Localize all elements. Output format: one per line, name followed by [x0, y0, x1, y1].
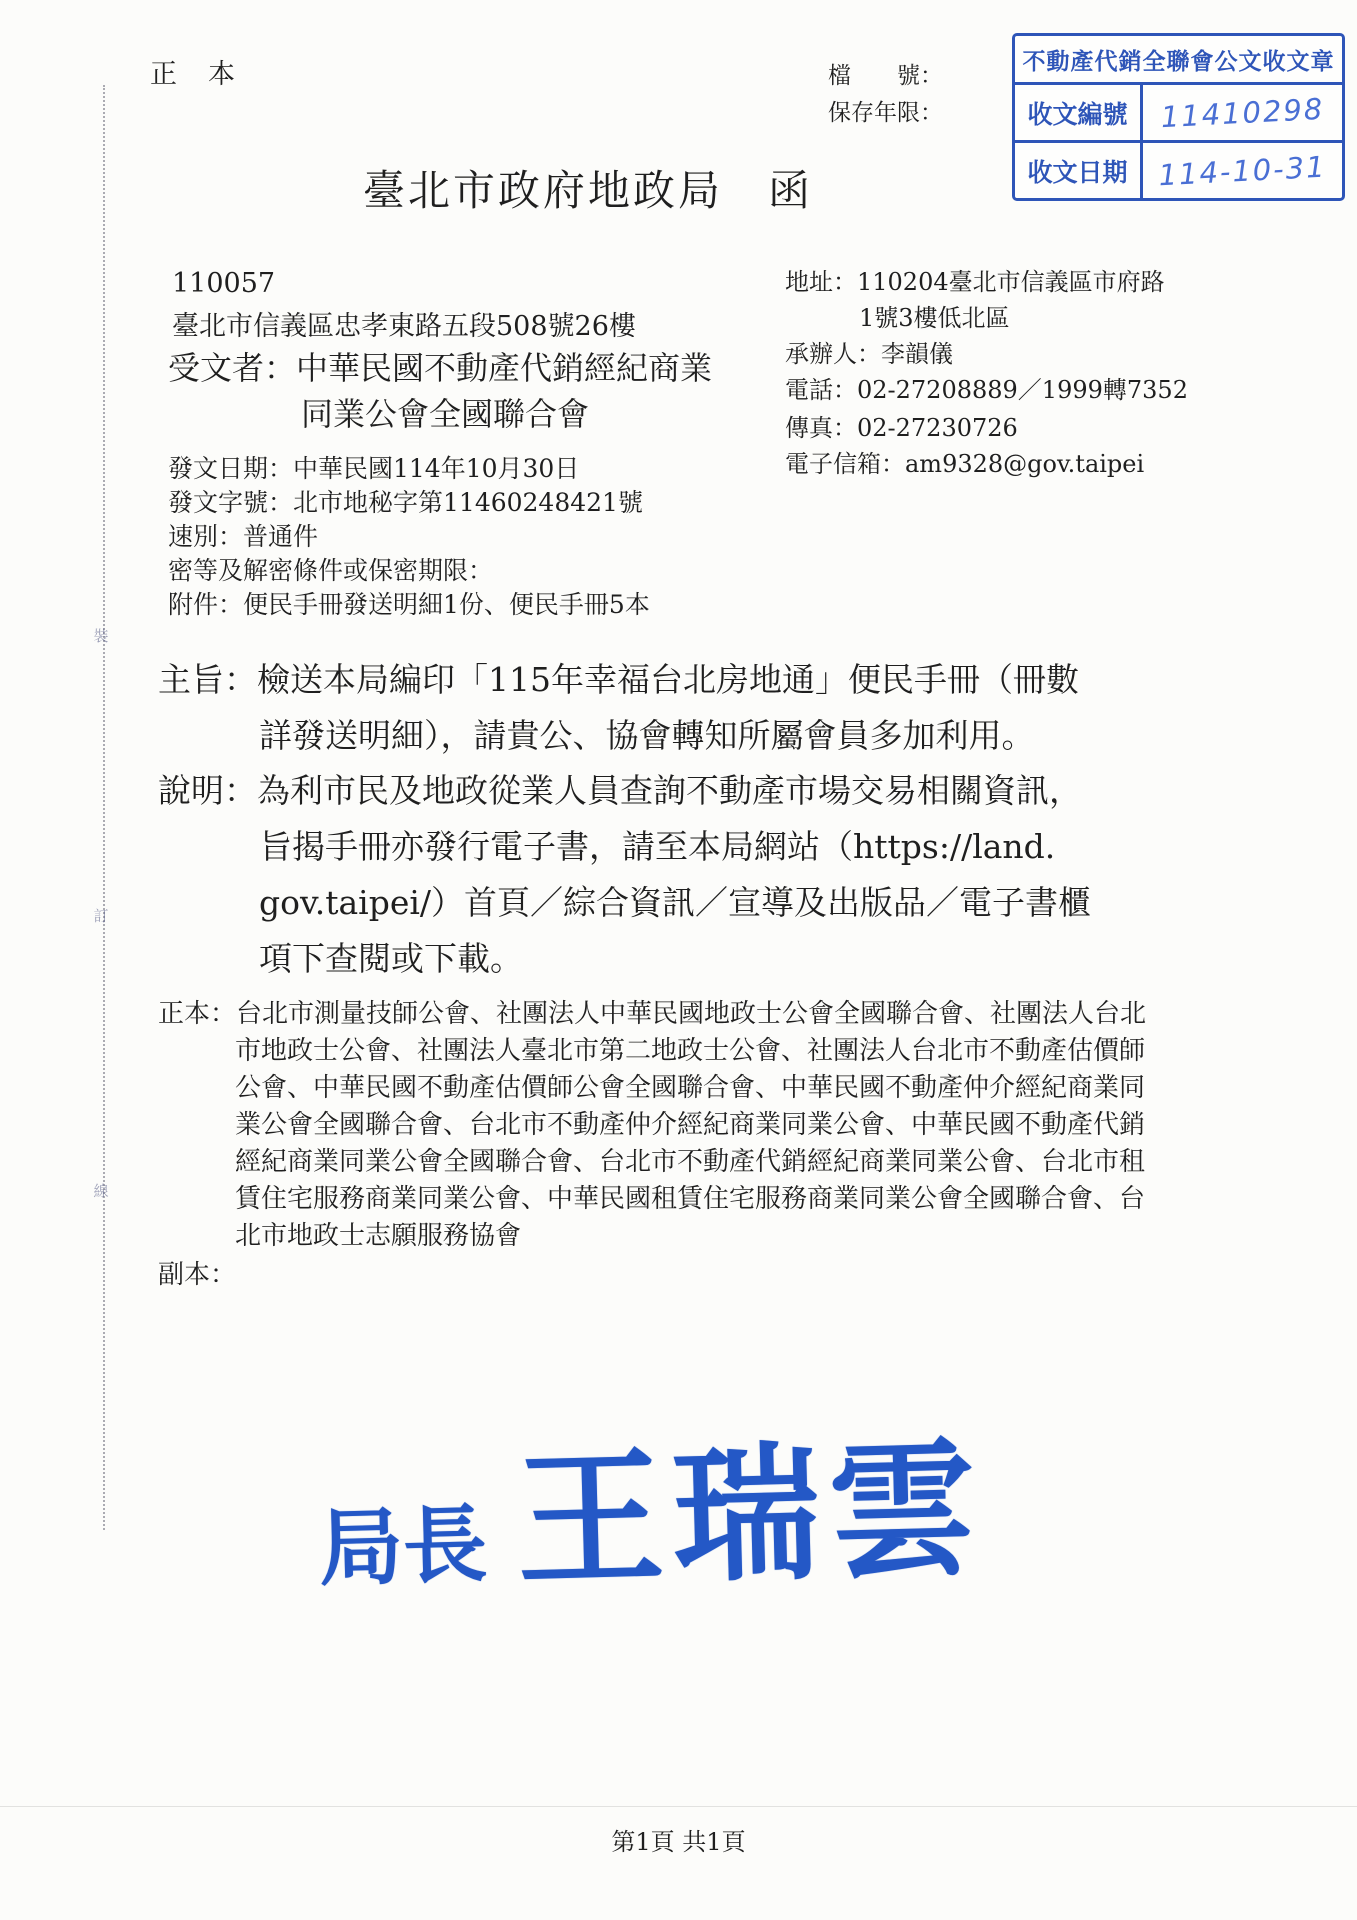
agency-address-part1: 110204臺北市信義區市府路 — [857, 268, 1165, 296]
subject-text1: 檢送本局編印「115年幸福台北房地通」便民手冊（冊數 — [257, 660, 1079, 699]
copy-type-label: 正 本 — [150, 52, 237, 91]
description-line2: 旨揭手冊亦發行電子書，請至本局網站（https://land. — [259, 819, 1091, 875]
original-list-line3: 公會、中華民國不動產估價師公會全國聯合會、中華民國不動產仲介經紀商業同 — [235, 1070, 1146, 1107]
page-number-footer: 第1頁 共1頁 — [0, 1822, 1357, 1857]
recipient-name-part1: 中華民國不動產代銷經紀商業 — [296, 349, 712, 387]
recipient-street-address: 臺北市信義區忠孝東路五段508號26樓 — [172, 304, 636, 343]
original-list-line2: 市地政士公會、社團法人臺北市第二地政士公會、社團法人台北市不動產估價師 — [235, 1033, 1146, 1070]
binding-margin-line — [103, 85, 105, 1530]
security-class-line: 密等及解密條件或保密期限： — [168, 554, 650, 588]
original-list-label: 正本： — [158, 999, 236, 1029]
contact-phone: 電話：02-27208889／1999轉7352 — [785, 372, 1345, 408]
description-line3: gov.taipei/）首頁／綜合資訊／宣導及出版品／電子書櫃 — [259, 875, 1091, 931]
original-copy-list: 正本：台北市測量技師公會、社團法人中華民國地政士公會全國聯合會、社團法人台北 市… — [158, 996, 1146, 1255]
subject-paragraph: 主旨：檢送本局編印「115年幸福台北房地通」便民手冊（冊數 詳發送明細），請貴公… — [158, 652, 1079, 764]
binding-mark-xian: 線 — [88, 1180, 114, 1201]
description-line1: 說明：為利市民及地政從業人員查詢不動產市場交易相關資訊， — [158, 763, 1091, 819]
receipt-date-handwritten-value: 114-10-31 — [1142, 138, 1344, 203]
receipt-date-row: 收文日期 114-10-31 — [1015, 140, 1342, 198]
description-text1: 為利市民及地政從業人員查詢不動產市場交易相關資訊， — [257, 771, 1082, 810]
scanned-official-letter: 裝 訂 線 正 本 檔 號： 保存年限： 不動產代銷全聯會公文收文章 收文編號 … — [0, 0, 1357, 1920]
director-signature: 局長 王瑞雲 — [315, 1391, 986, 1620]
description-label: 說明： — [158, 771, 257, 810]
original-list-line4: 業公會全國聯合會、台北市不動產仲介經紀商業同業公會、中華民國不動產代銷 — [235, 1107, 1146, 1144]
cc-copy-label: 副本： — [158, 1254, 236, 1291]
signature-name: 王瑞雲 — [513, 1391, 986, 1615]
recipient-postal-code: 110057 — [172, 268, 275, 299]
document-title: 臺北市政府地政局 函 — [363, 158, 813, 218]
subject-line1: 主旨：檢送本局編印「115年幸福台北房地通」便民手冊（冊數 — [158, 652, 1079, 708]
contact-officer: 承辦人：李韻儀 — [785, 336, 1345, 372]
agency-address-label: 地址： — [785, 268, 857, 296]
subject-label: 主旨： — [158, 660, 257, 699]
receipt-number-label: 收文編號 — [1015, 85, 1143, 140]
description-line4: 項下查閱或下載。 — [259, 931, 1091, 987]
file-number-block: 檔 號： 保存年限： — [828, 58, 943, 132]
description-paragraph: 說明：為利市民及地政從業人員查詢不動產市場交易相關資訊， 旨揭手冊亦發行電子書，… — [158, 763, 1091, 987]
receipt-number-handwritten-value: 11410298 — [1142, 80, 1344, 145]
attachment-line: 附件：便民手冊發送明細1份、便民手冊5本 — [168, 588, 650, 622]
issue-date-line: 發文日期：中華民國114年10月30日 — [168, 452, 650, 486]
receipt-number-row: 收文編號 11410298 — [1015, 85, 1342, 140]
original-list-line6: 賃住宅服務商業同業公會、中華民國租賃住宅服務商業同業公會全國聯合會、台 — [235, 1181, 1146, 1218]
recipient-label: 受文者： — [168, 349, 296, 387]
original-list-text1: 台北市測量技師公會、社團法人中華民國地政士公會全國聯合會、社團法人台北 — [236, 999, 1146, 1029]
receipt-stamp: 不動產代銷全聯會公文收文章 收文編號 11410298 收文日期 114-10-… — [1012, 33, 1345, 201]
speed-class-line: 速別：普通件 — [168, 520, 650, 554]
contact-email: 電子信箱：am9328@gov.taipei — [785, 446, 1345, 482]
recipient-block: 受文者：中華民國不動產代銷經紀商業 同業公會全國聯合會 — [168, 345, 768, 437]
agency-address-line1: 地址：110204臺北市信義區市府路 — [785, 264, 1345, 300]
recipient-name-part2: 同業公會全國聯合會 — [301, 391, 768, 437]
receipt-stamp-title: 不動產代銷全聯會公文收文章 — [1015, 36, 1342, 85]
original-list-line5: 經紀商業同業公會全國聯合會、台北市不動產代銷經紀商業同業公會、台北市租 — [235, 1144, 1146, 1181]
subject-line2: 詳發送明細），請貴公、協會轉知所屬會員多加利用。 — [259, 708, 1079, 764]
signature-role: 局長 — [317, 1477, 489, 1620]
agency-contact-block: 地址：110204臺北市信義區市府路 1號3樓低北區 承辦人：李韻儀 電話：02… — [785, 264, 1345, 482]
receipt-date-label: 收文日期 — [1015, 143, 1143, 198]
doc-number-line: 發文字號：北市地秘字第11460248421號 — [168, 486, 650, 520]
contact-fax: 傳真：02-27230726 — [785, 410, 1345, 446]
file-number-label: 檔 號： — [828, 58, 943, 95]
original-list-line7: 北市地政士志願服務協會 — [235, 1218, 1146, 1255]
agency-address-line2: 1號3樓低北區 — [859, 300, 1345, 336]
footer-divider-line — [0, 1806, 1357, 1807]
retention-period-label: 保存年限： — [828, 95, 943, 132]
original-list-line1: 正本：台北市測量技師公會、社團法人中華民國地政士公會全國聯合會、社團法人台北 — [158, 996, 1146, 1033]
binding-mark-ding: 訂 — [88, 905, 114, 926]
recipient-line1: 受文者：中華民國不動產代銷經紀商業 — [168, 345, 768, 391]
binding-mark-zhuang: 裝 — [88, 625, 114, 646]
dispatch-meta-block: 發文日期：中華民國114年10月30日 發文字號：北市地秘字第114602484… — [168, 452, 650, 622]
